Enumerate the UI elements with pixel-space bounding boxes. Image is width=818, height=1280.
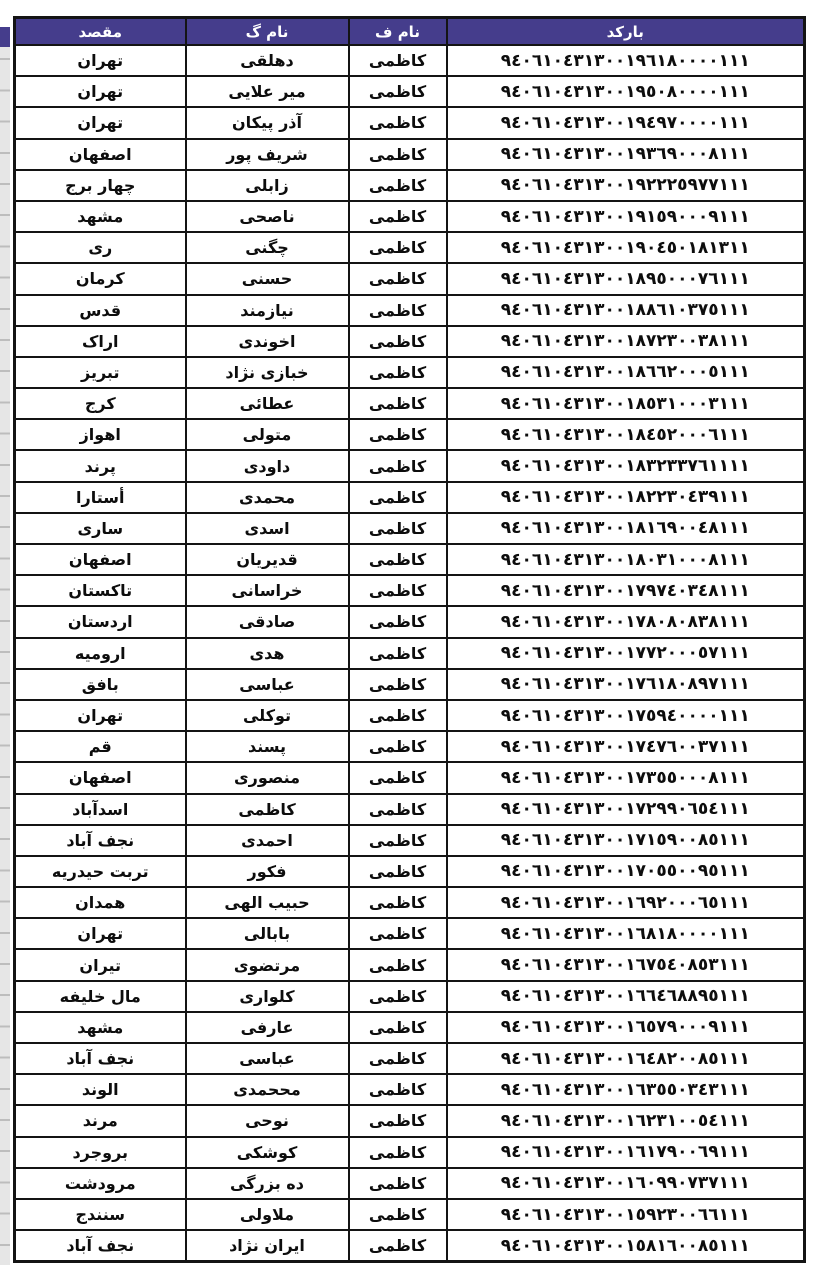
cell-barcode: ٩٤٠٦١٠٤٣١٣٠٠١٥٨١٦٠٠٨٥١١١: [447, 1230, 805, 1262]
cell-destination: ساری: [15, 513, 186, 544]
cell-last-name: متولی: [186, 419, 349, 450]
table-row: ٩٤٠٦١٠٤٣١٣٠٠١٧٩٧٤٠٣٤٨١١١ کاظمی خراسانی ت…: [15, 575, 805, 606]
cell-last-name: میر علایی: [186, 76, 349, 107]
cell-first-name: کاظمی: [349, 981, 447, 1012]
column-header-barcode: بارکد: [447, 18, 805, 46]
cell-last-name: آذر پیکان: [186, 107, 349, 138]
table-row: ٩٤٠٦١٠٤٣١٣٠٠١٩٢٢٢٥٩٧٧١١١ کاظمی زابلی چها…: [15, 170, 805, 201]
table-row: ٩٤٠٦١٠٤٣١٣٠٠١٨٩٥٠٠٠٧٦١١١ کاظمی حسنی کرما…: [15, 263, 805, 294]
cell-barcode: ٩٤٠٦١٠٤٣١٣٠٠١٦٣٥٥٠٣٤٣١١١: [447, 1074, 805, 1105]
table-row: ٩٤٠٦١٠٤٣١٣٠٠١٧٧٢٠٠٠٥٧١١١ کاظمی هدی ارومی…: [15, 638, 805, 669]
table-row: ٩٤٠٦١٠٤٣١٣٠٠١٦٠٩٩٠٧٣٧١١١ کاظمی ده بزرگی …: [15, 1168, 805, 1199]
cell-destination: مال خلیفه: [15, 981, 186, 1012]
cell-destination: قدس: [15, 295, 186, 326]
table-row: ٩٤٠٦١٠٤٣١٣٠٠١٦٣٥٥٠٣٤٣١١١ کاظمی مححمدی ال…: [15, 1074, 805, 1105]
cell-last-name: عباسی: [186, 669, 349, 700]
table-row: ٩٤٠٦١٠٤٣١٣٠٠١٦٨١٨٠٠٠٠١١١ کاظمی بابالی ته…: [15, 918, 805, 949]
cutoff-column-header-fragment: [0, 27, 10, 47]
cell-first-name: کاظمی: [349, 482, 447, 513]
cell-barcode: ٩٤٠٦١٠٤٣١٣٠٠١٧٢٩٩٠٦٥٤١١١: [447, 794, 805, 825]
cell-first-name: کاظمی: [349, 638, 447, 669]
cell-last-name: مححمدی: [186, 1074, 349, 1105]
cell-barcode: ٩٤٠٦١٠٤٣١٣٠٠١٩٣٦٩٠٠٠٨١١١: [447, 139, 805, 170]
table-row: ٩٤٠٦١٠٤٣١٣٠٠١٩٠٤٥٠١٨١٣١١ کاظمی چگنی ری: [15, 232, 805, 263]
cell-destination: بروجرد: [15, 1137, 186, 1168]
cell-last-name: بابالی: [186, 918, 349, 949]
cell-first-name: کاظمی: [349, 918, 447, 949]
table-header-row: بارکد نام ف نام گ مقصد: [15, 18, 805, 46]
cell-destination: تبریز: [15, 357, 186, 388]
cell-barcode: ٩٤٠٦١٠٤٣١٣٠٠١٧٦١٨٠٨٩٧١١١: [447, 669, 805, 700]
page-edge-strip: [0, 27, 10, 1265]
cell-last-name: حبیب الهی: [186, 887, 349, 918]
cell-last-name: فکور: [186, 856, 349, 887]
cell-destination: بافق: [15, 669, 186, 700]
cell-barcode: ٩٤٠٦١٠٤٣١٣٠٠١٦٤٨٢٠٠٨٥١١١: [447, 1043, 805, 1074]
table-row: ٩٤٠٦١٠٤٣١٣٠٠١٨٦٦٢٠٠٠٥١١١ کاظمی خبازی نژا…: [15, 357, 805, 388]
cell-destination: تاکستان: [15, 575, 186, 606]
cell-first-name: کاظمی: [349, 139, 447, 170]
cell-first-name: کاظمی: [349, 575, 447, 606]
cell-destination: اردستان: [15, 606, 186, 637]
cell-last-name: دهلقی: [186, 45, 349, 76]
cell-barcode: ٩٤٠٦١٠٤٣١٣٠٠١٨٠٣١٠٠٠٨١١١: [447, 544, 805, 575]
cell-destination: أستارا: [15, 482, 186, 513]
cell-destination: چهار برج: [15, 170, 186, 201]
cell-barcode: ٩٤٠٦١٠٤٣١٣٠٠١٧٨٠٨٠٨٣٨١١١: [447, 606, 805, 637]
cell-first-name: کاظمی: [349, 388, 447, 419]
cell-barcode: ٩٤٠٦١٠٤٣١٣٠٠١٦٢٣١٠٠٥٤١١١: [447, 1105, 805, 1136]
cell-first-name: کاظمی: [349, 887, 447, 918]
cell-last-name: خبازی نژاد: [186, 357, 349, 388]
cell-first-name: کاظمی: [349, 1137, 447, 1168]
cell-first-name: کاظمی: [349, 232, 447, 263]
scanned-shipment-manifest-page: بارکد نام ف نام گ مقصد ٩٤٠٦١٠٤٣١٣٠٠١٩٦١٨…: [0, 0, 818, 1280]
cell-first-name: کاظمی: [349, 201, 447, 232]
cell-barcode: ٩٤٠٦١٠٤٣١٣٠٠١٧٤٧٦٠٠٣٧١١١: [447, 731, 805, 762]
cell-first-name: کاظمی: [349, 1168, 447, 1199]
cell-first-name: کاظمی: [349, 263, 447, 294]
table-row: ٩٤٠٦١٠٤٣١٣٠٠١٧٣٥٥٠٠٠٨١١١ کاظمی منصوری اص…: [15, 762, 805, 793]
column-header-first-name: نام ف: [349, 18, 447, 46]
cell-first-name: کاظمی: [349, 544, 447, 575]
cell-last-name: مرتضوی: [186, 949, 349, 980]
cell-destination: اهواز: [15, 419, 186, 450]
cell-destination: اسدآباد: [15, 794, 186, 825]
cell-first-name: کاظمی: [349, 700, 447, 731]
cell-first-name: کاظمی: [349, 1012, 447, 1043]
cell-last-name: حسنی: [186, 263, 349, 294]
cell-destination: ارومیه: [15, 638, 186, 669]
cell-destination: پرند: [15, 450, 186, 481]
table-row: ٩٤٠٦١٠٤٣١٣٠٠١٧٦١٨٠٨٩٧١١١ کاظمی عباسی باف…: [15, 669, 805, 700]
cell-barcode: ٩٤٠٦١٠٤٣١٣٠٠١٩١٥٩٠٠٠٩١١١: [447, 201, 805, 232]
cell-barcode: ٩٤٠٦١٠٤٣١٣٠٠١٩٠٤٥٠١٨١٣١١: [447, 232, 805, 263]
cell-last-name: عارفی: [186, 1012, 349, 1043]
table-row: ٩٤٠٦١٠٤٣١٣٠٠١٧٤٧٦٠٠٣٧١١١ کاظمی پسند قم: [15, 731, 805, 762]
cell-barcode: ٩٤٠٦١٠٤٣١٣٠٠١٩٢٢٢٥٩٧٧١١١: [447, 170, 805, 201]
cell-last-name: پسند: [186, 731, 349, 762]
table-row: ٩٤٠٦١٠٤٣١٣٠٠١٨٢٢٣٠٤٣٩١١١ کاظمی محمدی أست…: [15, 482, 805, 513]
cell-destination: مشهد: [15, 1012, 186, 1043]
table-row: ٩٤٠٦١٠٤٣١٣٠٠١٧٠٥٥٠٠٩٥١١١ کاظمی فکور تربت…: [15, 856, 805, 887]
cell-barcode: ٩٤٠٦١٠٤٣١٣٠٠١٦٩٢٠٠٠٦٥١١١: [447, 887, 805, 918]
cell-barcode: ٩٤٠٦١٠٤٣١٣٠٠١٧٠٥٥٠٠٩٥١١١: [447, 856, 805, 887]
cell-last-name: شریف پور: [186, 139, 349, 170]
cell-last-name: صادقی: [186, 606, 349, 637]
cell-last-name: احمدی: [186, 825, 349, 856]
cell-last-name: هدی: [186, 638, 349, 669]
cell-first-name: کاظمی: [349, 1230, 447, 1262]
cell-destination: تربت حیدریه: [15, 856, 186, 887]
cell-last-name: چگنی: [186, 232, 349, 263]
cell-last-name: عباسی: [186, 1043, 349, 1074]
table-row: ٩٤٠٦١٠٤٣١٣٠٠١٦٧٥٤٠٨٥٣١١١ کاظمی مرتضوی تی…: [15, 949, 805, 980]
cell-barcode: ٩٤٠٦١٠٤٣١٣٠٠١٨٧٢٣٠٠٣٨١١١: [447, 326, 805, 357]
cell-destination: سنندج: [15, 1199, 186, 1230]
cell-barcode: ٩٤٠٦١٠٤٣١٣٠٠١٦٨١٨٠٠٠٠١١١: [447, 918, 805, 949]
cell-destination: الوند: [15, 1074, 186, 1105]
table-row: ٩٤٠٦١٠٤٣١٣٠٠١٦٦٤٦٨٨٩٥١١١ کاظمی کلواری ما…: [15, 981, 805, 1012]
cell-first-name: کاظمی: [349, 45, 447, 76]
cell-first-name: کاظمی: [349, 606, 447, 637]
cell-first-name: کاظمی: [349, 762, 447, 793]
cell-last-name: منصوری: [186, 762, 349, 793]
cell-barcode: ٩٤٠٦١٠٤٣١٣٠٠١٦٥٧٩٠٠٠٩١١١: [447, 1012, 805, 1043]
cell-destination: نجف آباد: [15, 825, 186, 856]
cell-barcode: ٩٤٠٦١٠٤٣١٣٠٠١٨٥٣١٠٠٠٣١١١: [447, 388, 805, 419]
column-header-last-name: نام گ: [186, 18, 349, 46]
cell-destination: همدان: [15, 887, 186, 918]
cell-barcode: ٩٤٠٦١٠٤٣١٣٠٠١٨٢٢٣٠٤٣٩١١١: [447, 482, 805, 513]
cell-barcode: ٩٤٠٦١٠٤٣١٣٠٠١٧٣٥٥٠٠٠٨١١١: [447, 762, 805, 793]
cell-last-name: توکلی: [186, 700, 349, 731]
cell-destination: تهران: [15, 76, 186, 107]
cell-last-name: کلواری: [186, 981, 349, 1012]
cell-destination: تهران: [15, 700, 186, 731]
table-row: ٩٤٠٦١٠٤٣١٣٠٠١٩٤٩٧٠٠٠٠١١١ کاظمی آذر پیکان…: [15, 107, 805, 138]
cell-first-name: کاظمی: [349, 419, 447, 450]
cell-destination: قم: [15, 731, 186, 762]
cell-first-name: کاظمی: [349, 295, 447, 326]
cell-destination: تهران: [15, 107, 186, 138]
cell-barcode: ٩٤٠٦١٠٤٣١٣٠٠١٩٦١٨٠٠٠٠١١١: [447, 45, 805, 76]
cell-last-name: محمدی: [186, 482, 349, 513]
cell-barcode: ٩٤٠٦١٠٤٣١٣٠٠١٧٩٧٤٠٣٤٨١١١: [447, 575, 805, 606]
cell-last-name: ایران نژاد: [186, 1230, 349, 1262]
cell-barcode: ٩٤٠٦١٠٤٣١٣٠٠١٥٩٢٣٠٠٦٦١١١: [447, 1199, 805, 1230]
table-row: ٩٤٠٦١٠٤٣١٣٠٠١٨٣٢٣٣٧٦١١١١ کاظمی داودی پرن…: [15, 450, 805, 481]
cell-first-name: کاظمی: [349, 1043, 447, 1074]
cell-destination: مرند: [15, 1105, 186, 1136]
table-row: ٩٤٠٦١٠٤٣١٣٠٠١٧٨٠٨٠٨٣٨١١١ کاظمی صادقی ارد…: [15, 606, 805, 637]
cell-last-name: ناصحی: [186, 201, 349, 232]
cell-destination: اصفهان: [15, 139, 186, 170]
cell-destination: تهران: [15, 45, 186, 76]
cell-barcode: ٩٤٠٦١٠٤٣١٣٠٠١٧١٥٩٠٠٨٥١١١: [447, 825, 805, 856]
table-row: ٩٤٠٦١٠٤٣١٣٠٠١٨٥٣١٠٠٠٣١١١ کاظمی عطائی کرج: [15, 388, 805, 419]
cell-first-name: کاظمی: [349, 76, 447, 107]
cell-barcode: ٩٤٠٦١٠٤٣١٣٠٠١٧٧٢٠٠٠٥٧١١١: [447, 638, 805, 669]
table-row: ٩٤٠٦١٠٤٣١٣٠٠١٦٥٧٩٠٠٠٩١١١ کاظمی عارفی مشه…: [15, 1012, 805, 1043]
table-body: ٩٤٠٦١٠٤٣١٣٠٠١٩٦١٨٠٠٠٠١١١ کاظمی دهلقی تهر…: [15, 45, 805, 1262]
cell-destination: مشهد: [15, 201, 186, 232]
cell-barcode: ٩٤٠٦١٠٤٣١٣٠٠١٨٤٥٢٠٠٠٦١١١: [447, 419, 805, 450]
table-row: ٩٤٠٦١٠٤٣١٣٠٠١٥٩٢٣٠٠٦٦١١١ کاظمی ملاولی سن…: [15, 1199, 805, 1230]
table-row: ٩٤٠٦١٠٤٣١٣٠٠١٨١٦٩٠٠٤٨١١١ کاظمی اسدی ساری: [15, 513, 805, 544]
cell-last-name: عطائی: [186, 388, 349, 419]
cell-barcode: ٩٤٠٦١٠٤٣١٣٠٠١٦١٧٩٠٠٦٩١١١: [447, 1137, 805, 1168]
cell-destination: کرمان: [15, 263, 186, 294]
table-row: ٩٤٠٦١٠٤٣١٣٠٠١٥٨١٦٠٠٨٥١١١ کاظمی ایران نژا…: [15, 1230, 805, 1262]
cell-last-name: اخوندی: [186, 326, 349, 357]
cell-last-name: اسدی: [186, 513, 349, 544]
cell-destination: اراک: [15, 326, 186, 357]
cell-destination: نجف آباد: [15, 1043, 186, 1074]
table-row: ٩٤٠٦١٠٤٣١٣٠٠١٨٤٥٢٠٠٠٦١١١ کاظمی متولی اهو…: [15, 419, 805, 450]
table-row: ٩٤٠٦١٠٤٣١٣٠٠١٩٥٠٨٠٠٠٠١١١ کاظمی میر علایی…: [15, 76, 805, 107]
cell-destination: اصفهان: [15, 762, 186, 793]
cell-first-name: کاظمی: [349, 326, 447, 357]
cell-first-name: کاظمی: [349, 669, 447, 700]
cell-last-name: ده بزرگی: [186, 1168, 349, 1199]
table-row: ٩٤٠٦١٠٤٣١٣٠٠١٧٢٩٩٠٦٥٤١١١ کاظمی کاظمی اسد…: [15, 794, 805, 825]
cell-first-name: کاظمی: [349, 513, 447, 544]
cell-first-name: کاظمی: [349, 107, 447, 138]
cell-last-name: کاظمی: [186, 794, 349, 825]
cell-destination: تیران: [15, 949, 186, 980]
table-row: ٩٤٠٦١٠٤٣١٣٠٠١٦٩٢٠٠٠٦٥١١١ کاظمی حبیب الهی…: [15, 887, 805, 918]
cell-barcode: ٩٤٠٦١٠٤٣١٣٠٠١٨٦٦٢٠٠٠٥١١١: [447, 357, 805, 388]
cell-barcode: ٩٤٠٦١٠٤٣١٣٠٠١٦٦٤٦٨٨٩٥١١١: [447, 981, 805, 1012]
table-row: ٩٤٠٦١٠٤٣١٣٠٠١٦٤٨٢٠٠٨٥١١١ کاظمی عباسی نجف…: [15, 1043, 805, 1074]
table-row: ٩٤٠٦١٠٤٣١٣٠٠١٩١٥٩٠٠٠٩١١١ کاظمی ناصحی مشه…: [15, 201, 805, 232]
cell-destination: اصفهان: [15, 544, 186, 575]
table-row: ٩٤٠٦١٠٤٣١٣٠٠١٨٠٣١٠٠٠٨١١١ کاظمی قدیریان ا…: [15, 544, 805, 575]
table-row: ٩٤٠٦١٠٤٣١٣٠٠١٩٣٦٩٠٠٠٨١١١ کاظمی شریف پور …: [15, 139, 805, 170]
cell-barcode: ٩٤٠٦١٠٤٣١٣٠٠١٦٧٥٤٠٨٥٣١١١: [447, 949, 805, 980]
cell-first-name: کاظمی: [349, 825, 447, 856]
cell-first-name: کاظمی: [349, 357, 447, 388]
cell-barcode: ٩٤٠٦١٠٤٣١٣٠٠١٨٨٦١٠٣٧٥١١١: [447, 295, 805, 326]
table-row: ٩٤٠٦١٠٤٣١٣٠٠١٩٦١٨٠٠٠٠١١١ کاظمی دهلقی تهر…: [15, 45, 805, 76]
cell-last-name: کوشکی: [186, 1137, 349, 1168]
cell-destination: تهران: [15, 918, 186, 949]
cell-first-name: کاظمی: [349, 450, 447, 481]
cell-last-name: نیازمند: [186, 295, 349, 326]
cell-destination: کرج: [15, 388, 186, 419]
cell-last-name: داودی: [186, 450, 349, 481]
cell-first-name: کاظمی: [349, 1074, 447, 1105]
cell-destination: مرودشت: [15, 1168, 186, 1199]
cell-barcode: ٩٤٠٦١٠٤٣١٣٠٠١٨٩٥٠٠٠٧٦١١١: [447, 263, 805, 294]
cell-barcode: ٩٤٠٦١٠٤٣١٣٠٠١٩٥٠٨٠٠٠٠١١١: [447, 76, 805, 107]
cell-last-name: قدیریان: [186, 544, 349, 575]
cell-barcode: ٩٤٠٦١٠٤٣١٣٠٠١٨٣٢٣٣٧٦١١١١: [447, 450, 805, 481]
table-row: ٩٤٠٦١٠٤٣١٣٠٠١٦٢٣١٠٠٥٤١١١ کاظمی نوحی مرند: [15, 1105, 805, 1136]
cell-destination: نجف آباد: [15, 1230, 186, 1262]
table-row: ٩٤٠٦١٠٤٣١٣٠٠١٧١٥٩٠٠٨٥١١١ کاظمی احمدی نجف…: [15, 825, 805, 856]
column-header-destination: مقصد: [15, 18, 186, 46]
cell-barcode: ٩٤٠٦١٠٤٣١٣٠٠١٩٤٩٧٠٠٠٠١١١: [447, 107, 805, 138]
cell-first-name: کاظمی: [349, 856, 447, 887]
cell-barcode: ٩٤٠٦١٠٤٣١٣٠٠١٧٥٩٤٠٠٠٠١١١: [447, 700, 805, 731]
table-row: ٩٤٠٦١٠٤٣١٣٠٠١٧٥٩٤٠٠٠٠١١١ کاظمی توکلی تهر…: [15, 700, 805, 731]
shipment-barcode-table: بارکد نام ف نام گ مقصد ٩٤٠٦١٠٤٣١٣٠٠١٩٦١٨…: [13, 16, 806, 1263]
cell-first-name: کاظمی: [349, 170, 447, 201]
cell-first-name: کاظمی: [349, 949, 447, 980]
table-row: ٩٤٠٦١٠٤٣١٣٠٠١٦١٧٩٠٠٦٩١١١ کاظمی کوشکی برو…: [15, 1137, 805, 1168]
cell-last-name: خراسانی: [186, 575, 349, 606]
cell-barcode: ٩٤٠٦١٠٤٣١٣٠٠١٨١٦٩٠٠٤٨١١١: [447, 513, 805, 544]
cell-first-name: کاظمی: [349, 731, 447, 762]
cell-last-name: نوحی: [186, 1105, 349, 1136]
cell-first-name: کاظمی: [349, 1105, 447, 1136]
table-row: ٩٤٠٦١٠٤٣١٣٠٠١٨٨٦١٠٣٧٥١١١ کاظمی نیازمند ق…: [15, 295, 805, 326]
cell-last-name: زابلی: [186, 170, 349, 201]
cell-first-name: کاظمی: [349, 794, 447, 825]
table-row: ٩٤٠٦١٠٤٣١٣٠٠١٨٧٢٣٠٠٣٨١١١ کاظمی اخوندی ار…: [15, 326, 805, 357]
cell-first-name: کاظمی: [349, 1199, 447, 1230]
cell-destination: ری: [15, 232, 186, 263]
cell-barcode: ٩٤٠٦١٠٤٣١٣٠٠١٦٠٩٩٠٧٣٧١١١: [447, 1168, 805, 1199]
cell-last-name: ملاولی: [186, 1199, 349, 1230]
